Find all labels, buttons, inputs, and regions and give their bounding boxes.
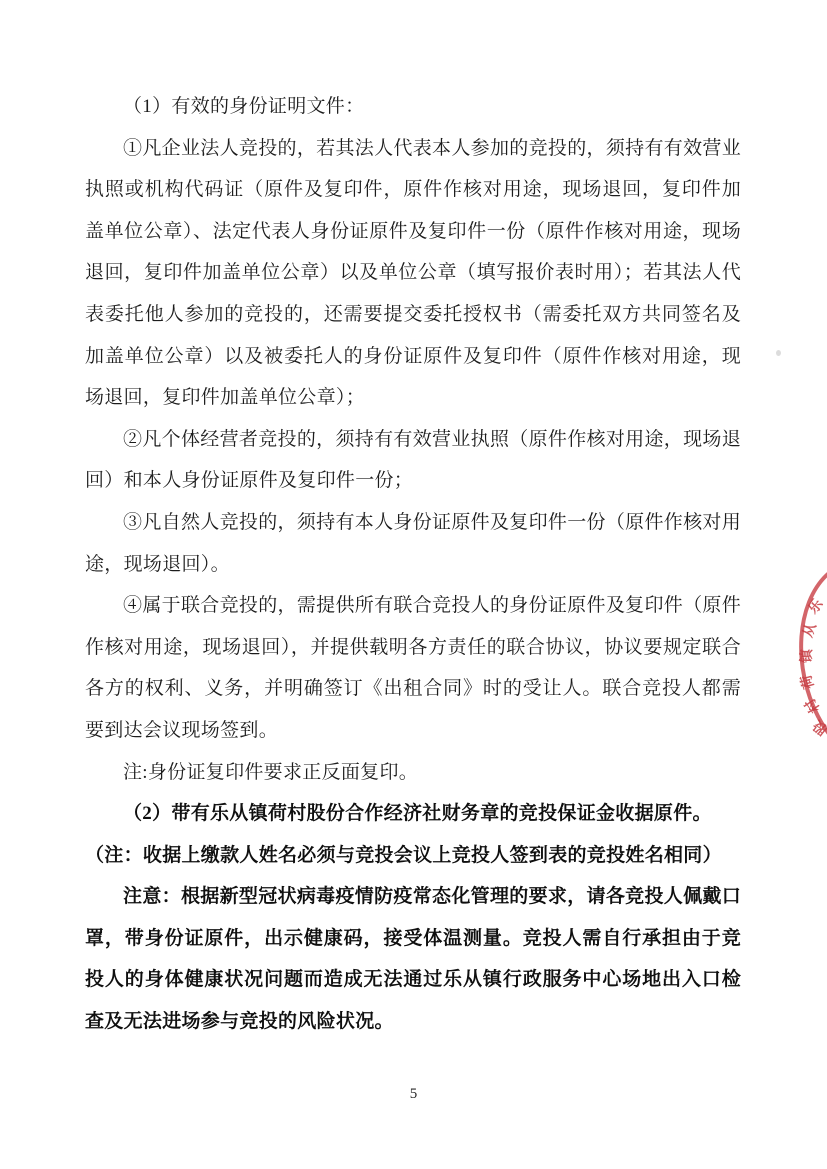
document-body: （1）有效的身份证明文件： ①凡企业法人竞投的，若其法人代表本人参加的竞投的，须…	[85, 86, 741, 1043]
paragraph-corporate-bidder: ①凡企业法人竞投的，若其法人代表本人参加的竞投的，须持有有效营业执照或机构代码证…	[85, 128, 741, 419]
red-seal-character: 从	[797, 620, 821, 640]
paragraph-covid-notice: 注意：根据新型冠状病毒疫情防疫常态化管理的要求，请各竞投人佩戴口罩，带身份证原件…	[85, 876, 741, 1042]
red-seal-character: 股	[808, 716, 827, 740]
paragraph-id-copy-note: 注:身份证复印件要求正反面复印。	[85, 752, 741, 794]
paragraph-natural-person-bidder: ③凡自然人竞投的，须持有本人身份证原件及复印件一份（原件作核对用途，现场退回）。	[85, 502, 741, 585]
red-seal-stamp: 乐 从 镇 荷 村 股	[797, 554, 827, 774]
red-seal-character: 荷	[795, 673, 818, 692]
paragraph-receipt-name-note: （注：收据上缴款人姓名必须与竞投会议上竞投人签到表的竞投姓名相同）	[85, 835, 741, 877]
document-page: （1）有效的身份证明文件： ①凡企业法人竞投的，若其法人代表本人参加的竞投的，须…	[0, 0, 827, 1169]
red-seal-character: 乐	[803, 594, 827, 618]
paragraph-deposit-receipt: （2）带有乐从镇荷村股份合作经济社财务章的竞投保证金收据原件。	[85, 793, 741, 835]
red-seal-character: 镇	[796, 649, 816, 664]
ink-speck	[776, 350, 781, 356]
page-number: 5	[0, 1086, 827, 1103]
red-seal-ring	[781, 546, 827, 783]
paragraph-individual-business-bidder: ②凡个体经营者竞投的，须持有有效营业执照（原件作核对用途，现场退回）和本人身份证…	[85, 419, 741, 502]
paragraph-identity-docs-heading: （1）有效的身份证明文件：	[85, 86, 741, 128]
paragraph-joint-bidder: ④属于联合竞投的，需提供所有联合竞投人的身份证原件及复印件（原件作核对用途，现场…	[85, 585, 741, 751]
red-seal-character: 村	[800, 695, 824, 718]
